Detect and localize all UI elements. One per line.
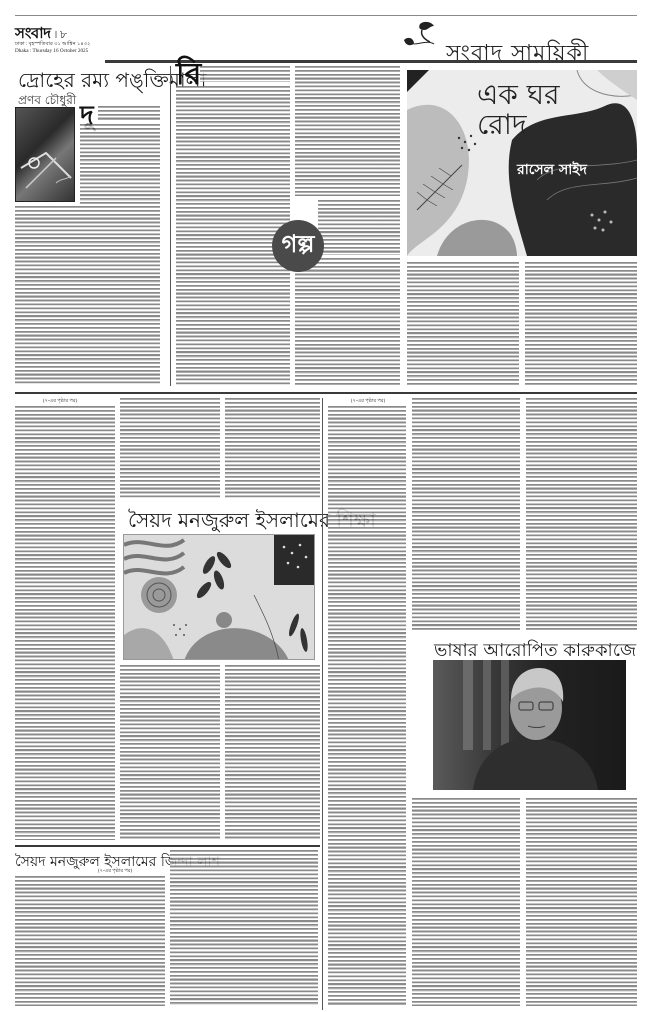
education-body-col3b: [225, 665, 320, 840]
bird-logo-icon: [400, 20, 450, 52]
interview-body-col3a: [526, 398, 637, 630]
living-corpse-body-col1: [15, 876, 165, 1006]
story-body-col2a: [295, 66, 400, 196]
column-divider: [170, 66, 171, 386]
story-body-col2c: [295, 258, 400, 386]
column-divider-2: [322, 398, 323, 1010]
continued-label-interview: (৭-এর পৃষ্ঠার পর): [328, 398, 408, 406]
continued-label-living-corpse: (৭-এর পৃষ্ঠার পর): [80, 868, 150, 876]
date-bengali: ঢাকা : বৃহস্পতিবার ৩১ আশ্বিন ১৪৩২: [15, 41, 91, 48]
date-english: Dhaka : Thursday 16 October 2025: [15, 48, 91, 55]
education-body-col3a: [225, 398, 320, 498]
education-illustration: [123, 534, 315, 660]
section-rule-2: [15, 845, 320, 847]
interview-body-col3b: [526, 798, 637, 1006]
story-author: রাসেল সাইদ: [517, 158, 587, 182]
story-body-col1a: [200, 66, 290, 82]
story-body-col3: [407, 262, 519, 386]
article-body-poetry-col1c: [15, 206, 160, 384]
portrait-photo: [433, 660, 626, 790]
top-rule: [15, 15, 637, 16]
section-rule-1: [15, 392, 637, 394]
page-number: ৮: [60, 28, 67, 41]
dateline: ঢাকা : বৃহস্পতিবার ৩১ আশ্বিন ১৪৩২ Dhaka …: [15, 41, 91, 55]
story-title-art[interactable]: এক ঘর রোদ রাসেল সাইদ: [407, 70, 637, 256]
education-body-col1a: [15, 406, 115, 840]
interview-body-col2a: [412, 398, 520, 630]
article-body-poetry-col1a: [98, 106, 160, 121]
interview-body-col1: [328, 406, 406, 1006]
person-portrait-icon: [433, 660, 626, 790]
floral-art-icon: [124, 535, 315, 660]
story-body-col4: [525, 262, 637, 386]
section-badge-story: গল্প: [272, 220, 324, 272]
book-cover-image: [15, 107, 75, 202]
education-body-col2b: [120, 665, 220, 840]
interview-body-col2b: [412, 798, 520, 1006]
story-title: এক ঘর রোদ: [477, 80, 577, 140]
living-corpse-body-col2: [170, 850, 318, 1006]
education-body-col2a: [120, 398, 220, 498]
article-body-poetry-col1b: [80, 124, 160, 204]
section-brand: সংবাদ সাময়িকী: [446, 36, 589, 73]
continued-label-education: (৭-এর পৃষ্ঠার পর): [15, 398, 105, 406]
story-body-col2b: [318, 200, 400, 255]
dropcap-story: বি: [176, 62, 201, 88]
logo-text: সংবাদ: [15, 24, 50, 42]
cover-art-icon: [16, 108, 76, 203]
